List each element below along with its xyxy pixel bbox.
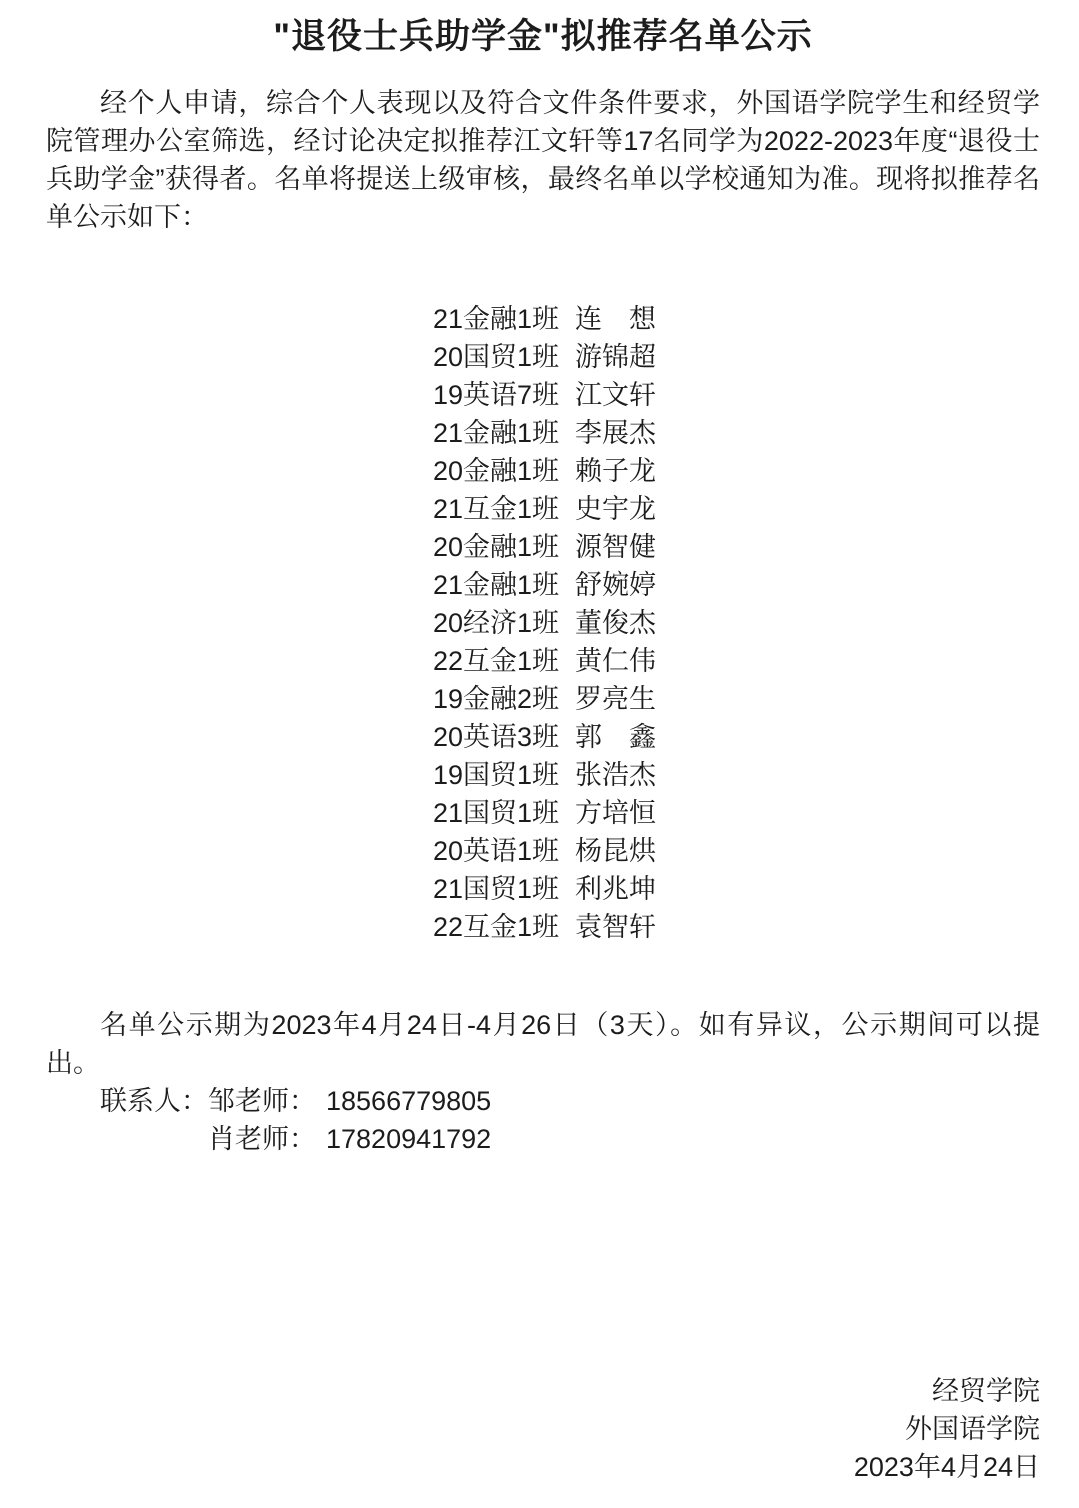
roster-name: 游锦超 (575, 338, 656, 376)
roster-class: 22互金1班 (433, 642, 575, 680)
signature-date: 2023年4月24日 (46, 1448, 1040, 1486)
contact-line-1: 联系人：邹老师：18566779805 (46, 1082, 1040, 1120)
roster-name: 杨昆烘 (575, 832, 656, 870)
page-title: "退役士兵助学金"拟推荐名单公示 (46, 14, 1040, 60)
roster-row: 19金融2班罗亮生 (433, 680, 1040, 718)
signature-block: 经贸学院 外国语学院 2023年4月24日 (46, 1372, 1040, 1486)
roster-row: 20金融1班赖子龙 (433, 452, 1040, 490)
roster-row: 21金融1班李展杰 (433, 414, 1040, 452)
roster-name: 赖子龙 (575, 452, 656, 490)
roster-row: 21国贸1班方培恒 (433, 794, 1040, 832)
roster-row: 20国贸1班游锦超 (433, 338, 1040, 376)
roster-name: 罗亮生 (575, 680, 656, 718)
roster-list: 21金融1班连 想 20国贸1班游锦超 19英语7班江文轩 21金融1班李展杰 … (433, 300, 1040, 946)
roster-row: 21互金1班史宇龙 (433, 490, 1040, 528)
roster-class: 21金融1班 (433, 414, 575, 452)
roster-class: 22互金1班 (433, 908, 575, 946)
roster-row: 21金融1班连 想 (433, 300, 1040, 338)
roster-name: 史宇龙 (575, 490, 656, 528)
roster-class: 19英语7班 (433, 376, 575, 414)
roster-name: 董俊杰 (575, 604, 656, 642)
roster-row: 22互金1班黄仁伟 (433, 642, 1040, 680)
roster-name: 李展杰 (575, 414, 656, 452)
roster-name: 利兆坤 (575, 870, 656, 908)
signature-org-1: 经贸学院 (46, 1372, 1040, 1410)
roster-class: 21金融1班 (433, 300, 575, 338)
roster-class: 19金融2班 (433, 680, 575, 718)
roster-name: 郭 鑫 (575, 718, 656, 756)
roster-class: 21互金1班 (433, 490, 575, 528)
roster-class: 20英语3班 (433, 718, 575, 756)
roster-name: 连 想 (575, 300, 656, 338)
roster-class: 19国贸1班 (433, 756, 575, 794)
roster-row: 20金融1班源智健 (433, 528, 1040, 566)
roster-row: 19国贸1班张浩杰 (433, 756, 1040, 794)
contact-teacher-1: 邹老师： (208, 1086, 316, 1116)
intro-paragraph: 经个人申请，综合个人表现以及符合文件条件要求，外国语学院学生和经贸学院管理办公室… (46, 84, 1040, 236)
roster-row: 20英语1班杨昆烘 (433, 832, 1040, 870)
roster-class: 20金融1班 (433, 452, 575, 490)
roster-class: 21国贸1班 (433, 870, 575, 908)
roster-class: 20英语1班 (433, 832, 575, 870)
roster-name: 方培恒 (575, 794, 656, 832)
notice-paragraph: 名单公示期为2023年4月24日-4月26日（3天）。如有异议，公示期间可以提出… (46, 1006, 1040, 1082)
roster-row: 20经济1班董俊杰 (433, 604, 1040, 642)
roster-name: 舒婉婷 (575, 566, 656, 604)
contact-phone-2: 17820941792 (326, 1124, 491, 1154)
document-page: "退役士兵助学金"拟推荐名单公示 经个人申请，综合个人表现以及符合文件条件要求，… (0, 0, 1079, 1508)
roster-row: 20英语3班郭 鑫 (433, 718, 1040, 756)
roster-name: 黄仁伟 (575, 642, 656, 680)
contact-line-2: 肖老师：17820941792 (46, 1120, 1040, 1158)
roster-row: 19英语7班江文轩 (433, 376, 1040, 414)
roster-class: 20经济1班 (433, 604, 575, 642)
roster-name: 袁智轩 (575, 908, 656, 946)
roster-class: 20国贸1班 (433, 338, 575, 376)
roster-row: 22互金1班袁智轩 (433, 908, 1040, 946)
contact-phone-1: 18566779805 (326, 1086, 491, 1116)
roster-row: 21金融1班舒婉婷 (433, 566, 1040, 604)
contact-teacher-2: 肖老师： (208, 1124, 316, 1154)
roster-name: 张浩杰 (575, 756, 656, 794)
roster-class: 21金融1班 (433, 566, 575, 604)
roster-class: 20金融1班 (433, 528, 575, 566)
roster-name: 江文轩 (575, 376, 656, 414)
signature-org-2: 外国语学院 (46, 1410, 1040, 1448)
contact-label: 联系人： (100, 1086, 208, 1116)
roster-class: 21国贸1班 (433, 794, 575, 832)
roster-name: 源智健 (575, 528, 656, 566)
roster-row: 21国贸1班利兆坤 (433, 870, 1040, 908)
